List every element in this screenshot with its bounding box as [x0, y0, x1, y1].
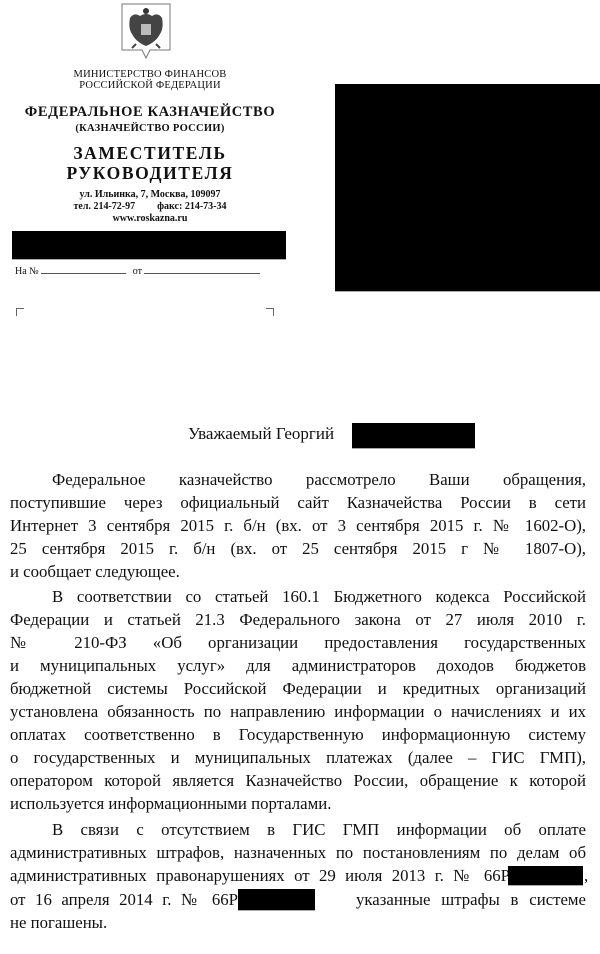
phone: тел. 214-72-97 — [74, 201, 136, 212]
paragraph2-line: и муниципальных услуг» для администратор… — [10, 656, 586, 676]
org-subname: (КАЗНАЧЕЙСТВО РОССИИ) — [0, 123, 300, 134]
paragraph2-line: оплатах соответственно в Государственную… — [10, 725, 586, 745]
paragraph3-line: административных штрафов, назначенных по… — [10, 843, 586, 863]
ministry-name: МИНИСТЕРСТВО ФИНАНСОВ РОССИЙСКОЙ ФЕДЕРАЦ… — [0, 69, 300, 91]
paragraph2-line: Федерации и статьей 21.3 Федерального за… — [10, 610, 586, 630]
redacted-ruling-number-1 — [508, 866, 583, 885]
paragraph2-line: используется информационными порталами. — [10, 794, 586, 814]
paragraph2-line: о государственных и муниципальных платеж… — [10, 748, 586, 768]
reference-date-blank — [144, 272, 260, 274]
paragraph1-line: 25 сентября 2015 г. б/н (вх. от 25 сентя… — [10, 539, 586, 559]
paragraph3-line: не погашены. — [10, 913, 586, 933]
contact-block: ул. Ильинка, 7, Москва, 109097 тел. 214-… — [0, 189, 300, 225]
org-name: ФЕДЕРАЛЬНОЕ КАЗНАЧЕЙСТВО — [0, 104, 300, 121]
greeting: Уважаемый Георгий — [188, 424, 334, 444]
paragraph2-line: № 210-ФЗ «Об организации предоставления … — [10, 633, 586, 653]
paragraph3-line: от 16 апреля 2014 г. № 66Р — [10, 890, 238, 910]
redacted-date-block — [12, 231, 286, 259]
website: www.roskazna.ru — [0, 213, 300, 225]
redacted-recipient-address — [335, 84, 600, 291]
corner-mark-left — [16, 308, 24, 316]
paragraph3-line: В связи с отсутствием в ГИС ГМП информац… — [52, 820, 586, 840]
paragraph2-line: В соответствии со статьей 160.1 Бюджетно… — [52, 587, 586, 607]
reference-line: На № от — [15, 266, 260, 277]
paragraph1-line: Федеральное казначейство рассмотрело Ваш… — [52, 470, 586, 490]
coat-of-arms-icon — [120, 2, 172, 60]
fax: факс: 214-73-34 — [157, 201, 226, 212]
paragraph1-line: Интернет 3 сентября 2015 г. б/н (вх. от … — [10, 516, 586, 536]
position-title: ЗАМЕСТИТЕЛЬ РУКОВОДИТЕЛЯ — [0, 143, 300, 183]
paragraph2-line: бюджетной системы Российской Федерации и… — [10, 679, 586, 699]
corner-mark-right — [266, 308, 274, 316]
paragraph1-line: и сообщает следующее. — [10, 562, 586, 582]
reference-number-blank — [41, 272, 126, 274]
paragraph3-line: указанные штрафы в системе — [356, 890, 586, 910]
address: ул. Ильинка, 7, Москва, 109097 — [0, 189, 300, 201]
paragraph2-line: оператором которой является Казначейство… — [10, 771, 586, 791]
trailing-comma: , — [584, 866, 588, 886]
paragraph3-line: административных правонарушениях от 29 и… — [10, 866, 510, 886]
paragraph1-line: поступившие через официальный сайт Казна… — [10, 493, 586, 513]
redacted-surname — [352, 423, 475, 448]
paragraph2-line: установлена обязанность по направлению и… — [10, 702, 586, 722]
redacted-ruling-number-2 — [238, 889, 315, 910]
